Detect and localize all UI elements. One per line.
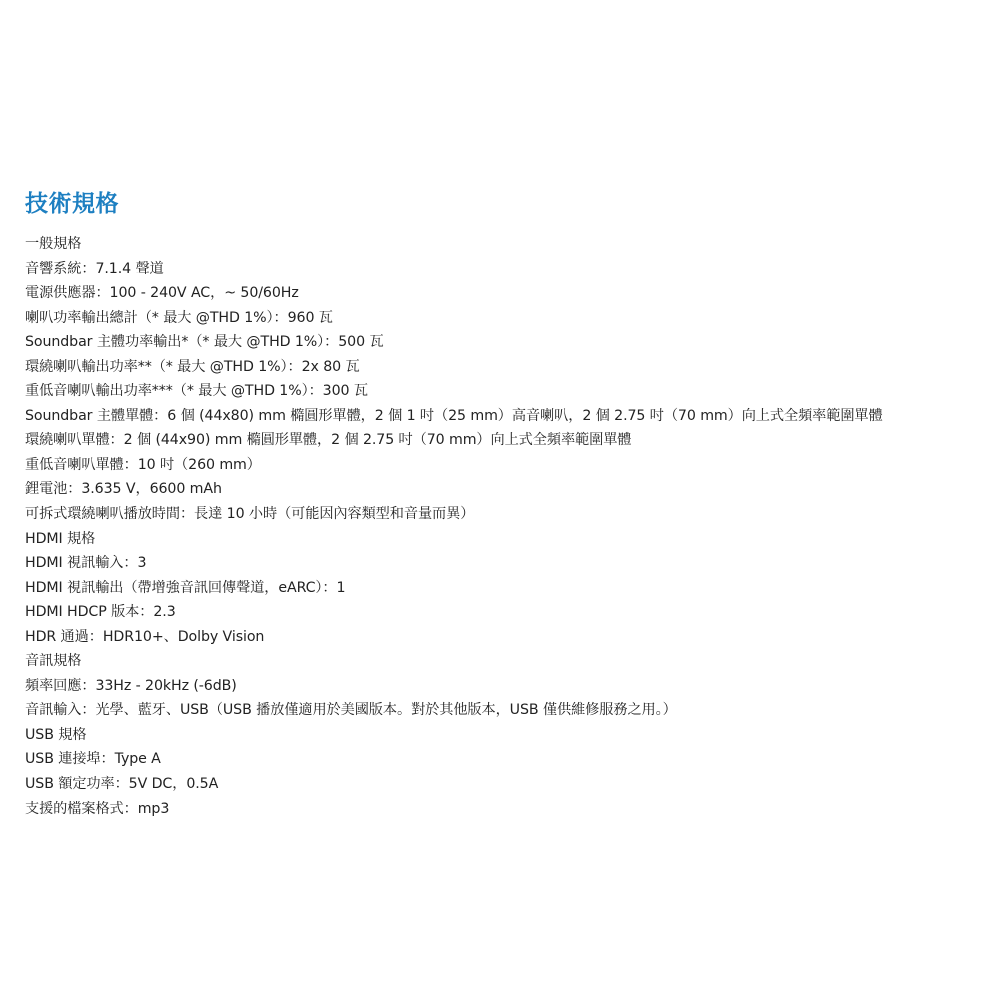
spec-subwoofer-power-output: 重低音喇叭輸出功率***（* 最大 @THD 1%）：300 瓦 (25, 379, 1000, 404)
spec-subwoofer-driver: 重低音喇叭單體：10 吋（260 mm） (25, 453, 1000, 478)
section-heading-usb: USB 規格 (25, 723, 1000, 748)
spec-hdr-passthrough: HDR 通過：HDR10+、Dolby Vision (25, 625, 1000, 650)
spec-playback-time: 可拆式環繞喇叭播放時間：長達 10 小時（可能因內容類型和音量而異） (25, 502, 1000, 527)
spec-power-supply: 電源供應器：100 - 240V AC，~ 50/60Hz (25, 281, 1000, 306)
page-title: 技術規格 (25, 188, 1000, 220)
spec-surround-drivers: 環繞喇叭單體：2 個 (44x90) mm 橢圓形單體，2 個 2.75 吋（7… (25, 428, 1000, 453)
spec-usb-rated-power: USB 額定功率：5V DC，0.5A (25, 772, 1000, 797)
spec-usb-port: USB 連接埠：Type A (25, 747, 1000, 772)
section-heading-audio: 音訊規格 (25, 649, 1000, 674)
tech-specs-section: 技術規格 一般規格 音響系統：7.1.4 聲道 電源供應器：100 - 240V… (25, 188, 1000, 821)
spec-hdmi-input: HDMI 視訊輸入：3 (25, 551, 1000, 576)
spec-soundbar-power-output: Soundbar 主體功率輸出*（* 最大 @THD 1%）：500 瓦 (25, 330, 1000, 355)
spec-audio-input: 音訊輸入：光學、藍牙、USB（USB 播放僅適用於美國版本。對於其他版本，USB… (25, 698, 1000, 723)
spec-soundbar-drivers: Soundbar 主體單體：6 個 (44x80) mm 橢圓形單體，2 個 1… (25, 404, 1000, 429)
spec-frequency-response: 頻率回應：33Hz - 20kHz (-6dB) (25, 674, 1000, 699)
spec-audio-system: 音響系統：7.1.4 聲道 (25, 257, 1000, 282)
spec-hdcp-version: HDMI HDCP 版本：2.3 (25, 600, 1000, 625)
spec-list: 一般規格 音響系統：7.1.4 聲道 電源供應器：100 - 240V AC，~… (25, 232, 1000, 821)
spec-battery: 鋰電池：3.635 V，6600 mAh (25, 477, 1000, 502)
spec-supported-formats: 支援的檔案格式：mp3 (25, 797, 1000, 822)
spec-surround-power-output: 環繞喇叭輸出功率**（* 最大 @THD 1%）：2x 80 瓦 (25, 355, 1000, 380)
section-heading-general: 一般規格 (25, 232, 1000, 257)
spec-total-power-output: 喇叭功率輸出總計（* 最大 @THD 1%）：960 瓦 (25, 306, 1000, 331)
spec-hdmi-output: HDMI 視訊輸出（帶增強音訊回傳聲道，eARC）：1 (25, 576, 1000, 601)
section-heading-hdmi: HDMI 規格 (25, 527, 1000, 552)
